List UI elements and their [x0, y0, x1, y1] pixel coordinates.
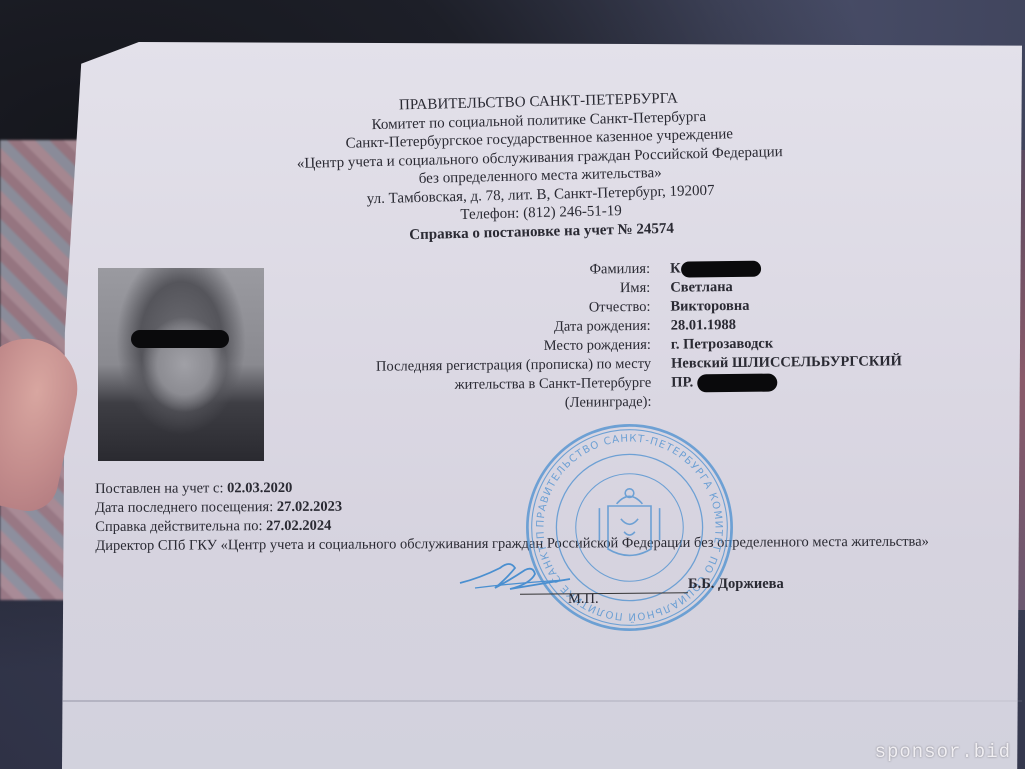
- director-name: Б.Б. Доржиева: [688, 576, 784, 593]
- signature-scribble-icon: [455, 548, 585, 598]
- seal-label: М.П.: [568, 591, 599, 608]
- document-header: ПРАВИТЕЛЬСТВО САНКТ-ПЕТЕРБУРГА Комитет п…: [248, 86, 831, 248]
- official-stamp-icon: ПРАВИТЕЛЬСТВО САНКТ-ПЕТЕРБУРГА КОМИТЕТ П…: [522, 420, 737, 635]
- watermark: sponsor.bid: [875, 741, 1011, 763]
- redaction-bar: [131, 330, 229, 348]
- paper-fold-line: [62, 700, 1022, 702]
- portrait-photo: [98, 268, 264, 461]
- personal-fields: Фамилия: К Имя: Светлана Отчество: Викто…: [350, 257, 902, 415]
- redaction-bar: [681, 260, 761, 277]
- redaction-bar: [697, 373, 777, 392]
